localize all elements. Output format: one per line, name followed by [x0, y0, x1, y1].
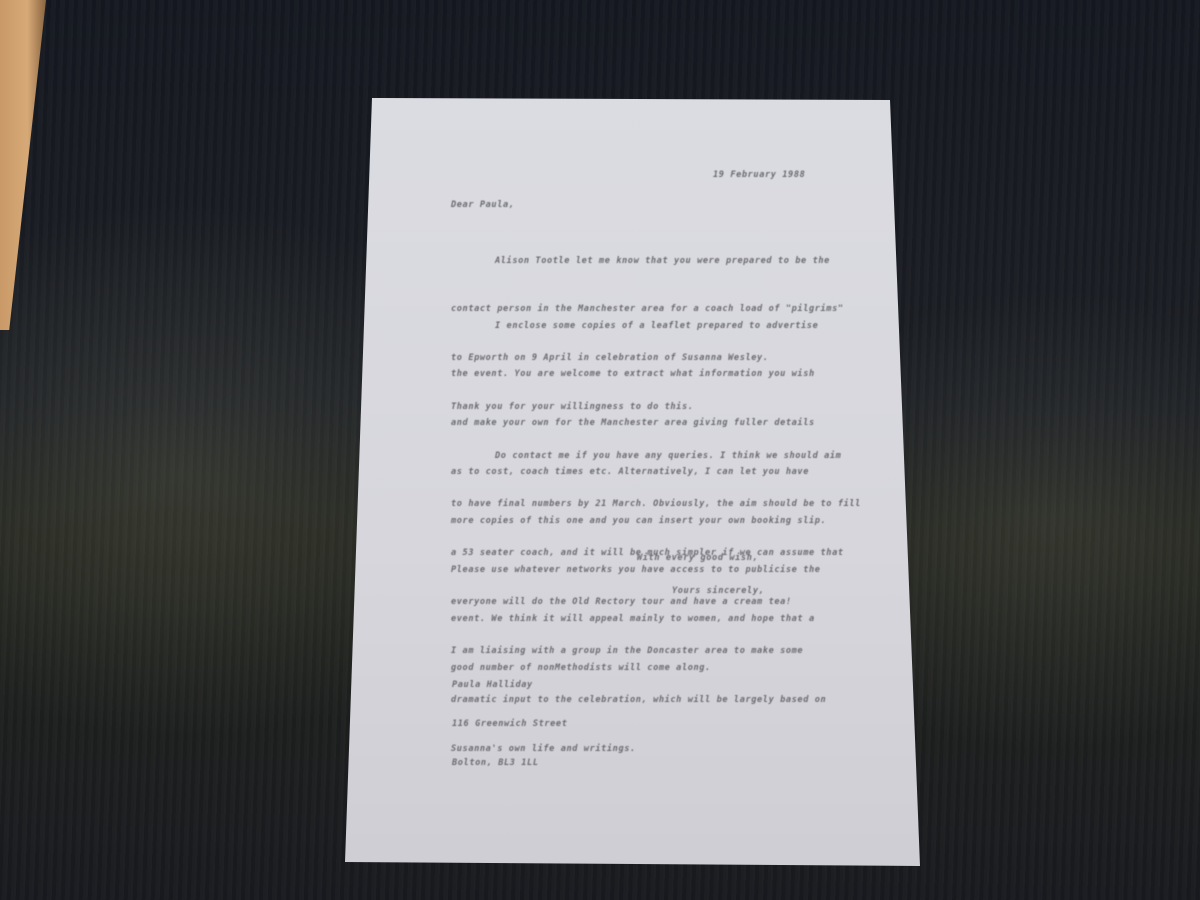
letter-signoff: Yours sincerely, — [672, 583, 764, 599]
letter-date: 19 February 1988 — [713, 167, 805, 183]
paragraph-line: to have final numbers by 21 March. Obvio… — [451, 496, 861, 512]
letter-content: 19 February 1988 Dear Paula, Alison Toot… — [0, 0, 1200, 900]
letter-salutation: Dear Paula, — [451, 197, 515, 213]
recipient-street: 116 Greenwich Street — [452, 718, 567, 731]
recipient-name: Paula Halliday — [452, 679, 567, 692]
recipient-address: Paula Halliday 116 Greenwich Street Bolt… — [452, 653, 567, 796]
paragraph-line: everyone will do the Old Rectory tour an… — [451, 594, 861, 610]
letter-closing: With every good wish, — [637, 550, 758, 566]
recipient-town: Bolton, BL3 1LL — [452, 757, 567, 770]
paragraph-line: Alison Tootle let me know that you were … — [451, 253, 844, 269]
paragraph-line: Do contact me if you have any queries. I… — [451, 448, 861, 464]
paragraph-line: the event. You are welcome to extract wh… — [451, 366, 826, 382]
paragraph-line: I enclose some copies of a leaflet prepa… — [451, 318, 826, 334]
